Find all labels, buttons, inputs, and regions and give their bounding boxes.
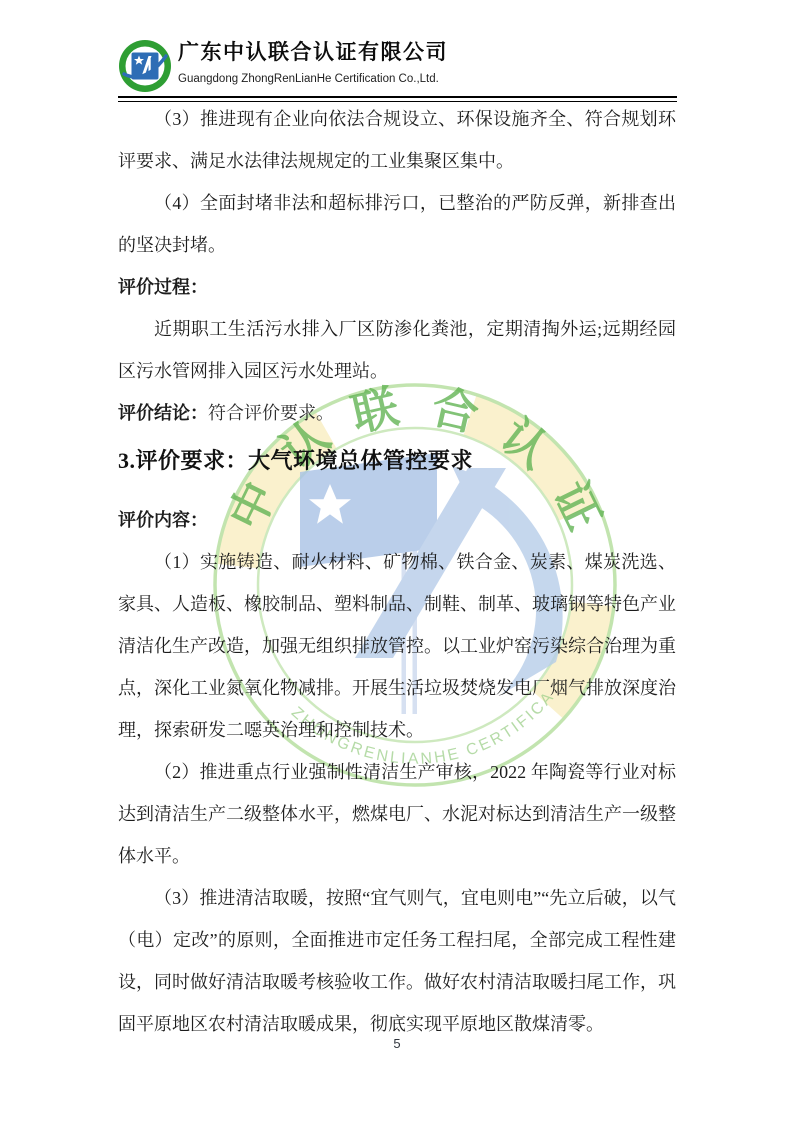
- page-header: 广东中认联合认证有限公司 Guangdong ZhongRenLianHe Ce…: [118, 38, 678, 96]
- evaluation-conclusion-line: 评价结论：符合评价要求。: [118, 392, 676, 434]
- paragraph: （2）推进重点行业强制性清洁生产审核，2022 年陶瓷等行业对标达到清洁生产二级…: [118, 751, 676, 877]
- company-name-zh: 广东中认联合认证有限公司: [178, 40, 448, 66]
- paragraph: （4）全面封堵非法和超标排污口，已整治的严防反弹，新排查出的坚决封堵。: [118, 182, 676, 266]
- paragraph: （3）推进现有企业向依法合规设立、环保设施齐全、符合规划环评要求、满足水法律法规…: [118, 98, 676, 182]
- paragraph: （3）推进清洁取暖，按照“宜气则气，宜电则电”“先立后破，以气（电）定改”的原则…: [118, 877, 676, 1045]
- company-logo: [118, 38, 172, 94]
- company-name-en: Guangdong ZhongRenLianHe Certification C…: [178, 73, 448, 85]
- document-body: （3）推进现有企业向依法合规设立、环保设施齐全、符合规划环评要求、满足水法律法规…: [118, 98, 676, 1045]
- header-rule: [118, 96, 677, 102]
- paragraph: （1）实施铸造、耐火材料、矿物棉、铁合金、炭素、煤炭洗选、家具、人造板、橡胶制品…: [118, 541, 676, 751]
- label-evaluation-content: 评价内容：: [118, 499, 676, 541]
- header-text: 广东中认联合认证有限公司 Guangdong ZhongRenLianHe Ce…: [178, 40, 448, 85]
- evaluation-conclusion-text: 符合评价要求。: [208, 403, 334, 423]
- paragraph: 近期职工生活污水排入厂区防渗化粪池，定期清掏外运;远期经园区污水管网排入园区污水…: [118, 308, 676, 392]
- label-evaluation-conclusion: 评价结论：: [118, 403, 208, 423]
- label-evaluation-process: 评价过程：: [118, 266, 676, 308]
- section-heading: 3.评价要求：大气环境总体管控要求: [118, 438, 676, 484]
- page-number: 5: [0, 1036, 794, 1051]
